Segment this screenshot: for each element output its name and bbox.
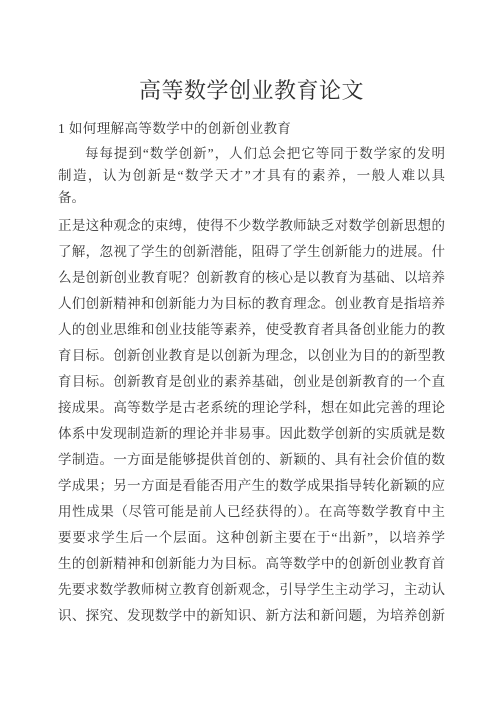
text-line: 生的创新精神和创新能力为目标。高等数学中的创新创业教育首 (58, 551, 445, 577)
document-page: 高等数学创业教育论文 1 如何理解高等数学中的创新创业教育 每每提到“数学创新”… (0, 0, 500, 708)
text-line: 要要求学生后一个层面。这种创新主要在于“出新”，以培养学 (58, 525, 445, 551)
text-line: 制造，认为创新是“数学天才”才具有的素养，一般人难以具 (58, 165, 445, 187)
paragraph: 正是这种观念的束缚，使得不少数学教师缺乏对数学创新思想的了解，忽视了学生的创新潜… (58, 213, 445, 629)
text-line: 学制造。一方面是能够提供首创的、新颖的、具有社会价值的数 (58, 447, 445, 473)
text-line: 了解，忽视了学生的创新潜能，阻碍了学生创新能力的进展。什 (58, 239, 445, 265)
text-line: 育目标。创新教育是创业的素养基础，创业是创新教育的一个直 (58, 369, 445, 395)
section-heading: 1 如何理解高等数学中的创新创业教育 (58, 120, 445, 137)
document-body: 每每提到“数学创新”，人们总会把它等同于数学家的发明制造，认为创新是“数学天才”… (58, 143, 445, 629)
text-line: 备。 (58, 187, 445, 209)
text-line: 用性成果（尽管可能是前人已经获得的）。在高等数学教育中主 (58, 499, 445, 525)
text-line: 人们创新精神和创新能力为目标的教育理念。创业教育是指培养 (58, 291, 445, 317)
text-line: 识、探究、发现数学中的新知识、新方法和新问题，为培养创新 (58, 603, 445, 629)
paragraph: 每每提到“数学创新”，人们总会把它等同于数学家的发明制造，认为创新是“数学天才”… (58, 143, 445, 209)
text-line: 体系中发现制造新的理论并非易事。因此数学创新的实质就是数 (58, 421, 445, 447)
text-line: 先要求数学教师树立教育创新观念，引导学生主动学习，主动认 (58, 577, 445, 603)
text-line: 每每提到“数学创新”，人们总会把它等同于数学家的发明 (58, 143, 445, 165)
text-line: 接成果。高等数学是古老系统的理论学科，想在如此完善的理论 (58, 395, 445, 421)
text-line: 正是这种观念的束缚，使得不少数学教师缺乏对数学创新思想的 (58, 213, 445, 239)
text-line: 学成果；另一方面是看能否用产生的数学成果指导转化新颖的应 (58, 473, 445, 499)
text-line: 人的创业思维和创业技能等素养，使受教育者具备创业能力的教 (58, 317, 445, 343)
text-line: 育目标。创新创业教育是以创新为理念，以创业为目的的新型教 (58, 343, 445, 369)
document-title: 高等数学创业教育论文 (58, 76, 445, 106)
text-line: 么是创新创业教育呢？创新教育的核心是以教育为基础、以培养 (58, 265, 445, 291)
